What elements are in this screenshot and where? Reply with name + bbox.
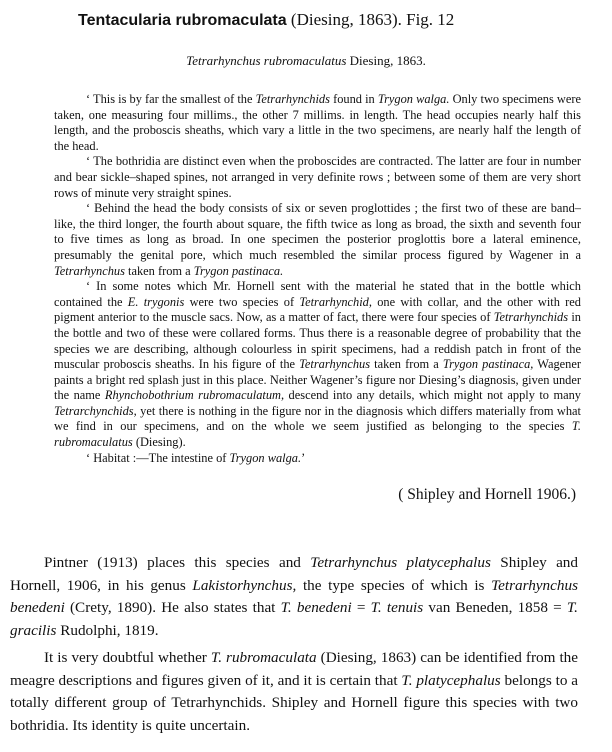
text: It is very doubtful whether	[44, 649, 211, 666]
taxon: Trygon pastinaca.	[194, 264, 284, 278]
text: found in	[330, 92, 378, 106]
species-heading: Tentacularia rubromaculata (Diesing, 186…	[78, 8, 598, 33]
taxon: T. benedeni	[281, 599, 352, 616]
text: the type species of which is	[296, 577, 491, 594]
text: (Crety, 1890). He also states that	[65, 599, 281, 616]
taxon: Tetrarhynchus	[299, 357, 370, 371]
text: ‘ This is by far the smallest of the	[86, 92, 256, 106]
text: Pintner (1913) places this species and	[44, 554, 310, 571]
species-name: Tentacularia rubromaculata	[78, 12, 287, 29]
text: descend into any details, which might no…	[284, 388, 581, 402]
taxon: Tetrarhynchus	[54, 264, 125, 278]
taxon: Tetrarhynchids	[256, 92, 330, 106]
body-text: Pintner (1913) places this species and T…	[10, 552, 578, 742]
text: van Beneden, 1858 =	[423, 599, 567, 616]
text: ‘ Habitat :—The intestine of	[86, 451, 230, 465]
taxon: Tetrarhynchids	[494, 310, 568, 324]
text: taken from a	[125, 264, 194, 278]
taxon: Rhynchobothrium rubromaculatum,	[105, 388, 284, 402]
taxon: Tetrarchynchids,	[54, 404, 137, 418]
taxon: T. rubromaculata	[211, 649, 317, 666]
taxon: E. trygonis	[128, 295, 185, 309]
taxon: Trygon pastinaca,	[443, 357, 534, 371]
synonym-line: Tetrarhynchus rubromaculatus Diesing, 18…	[0, 52, 612, 70]
body-paragraph-2: It is very doubtful whether T. rubromacu…	[10, 647, 578, 738]
body-paragraph-1: Pintner (1913) places this species and T…	[10, 552, 578, 643]
quoted-description: ‘ This is by far the smallest of the Tet…	[54, 92, 581, 466]
text: taken from a	[370, 357, 443, 371]
text: ‘ Behind the head the body consists of s…	[54, 201, 581, 262]
taxon: T. platycephalus	[401, 672, 500, 689]
quote-paragraph-5: ‘ Habitat :—The intestine of Trygon walg…	[54, 451, 581, 467]
synonym-name: Tetrarhynchus rubromaculatus	[186, 53, 346, 68]
taxon: Trygon walga.	[230, 451, 302, 465]
quote-paragraph-3: ‘ Behind the head the body consists of s…	[54, 201, 581, 279]
quote-paragraph-2: ‘ The bothridia are distinct even when t…	[54, 154, 581, 201]
text: (Diesing).	[133, 435, 186, 449]
citation: ( Shipley and Hornell 1906.)	[398, 485, 576, 505]
text: =	[352, 599, 371, 616]
quote-paragraph-1: ‘ This is by far the smallest of the Tet…	[54, 92, 581, 154]
figure-reference: Fig. 12	[406, 10, 454, 29]
quote-paragraph-4: ‘ In some notes which Mr. Hornell sent w…	[54, 279, 581, 451]
text: Rudolphi, 1819.	[56, 622, 158, 639]
text: ’	[301, 451, 305, 465]
text: were two species of	[184, 295, 299, 309]
synonym-authority: Diesing, 1863.	[350, 53, 426, 68]
taxon: Tetrarhynchus platycephalus	[310, 554, 491, 571]
taxon: T. tenuis	[371, 599, 424, 616]
taxon: Tetrarhynchid,	[299, 295, 372, 309]
taxon: Lakistorhynchus,	[192, 577, 296, 594]
taxon: Trygon walga.	[378, 92, 450, 106]
species-authority: (Diesing, 1863).	[291, 10, 402, 29]
